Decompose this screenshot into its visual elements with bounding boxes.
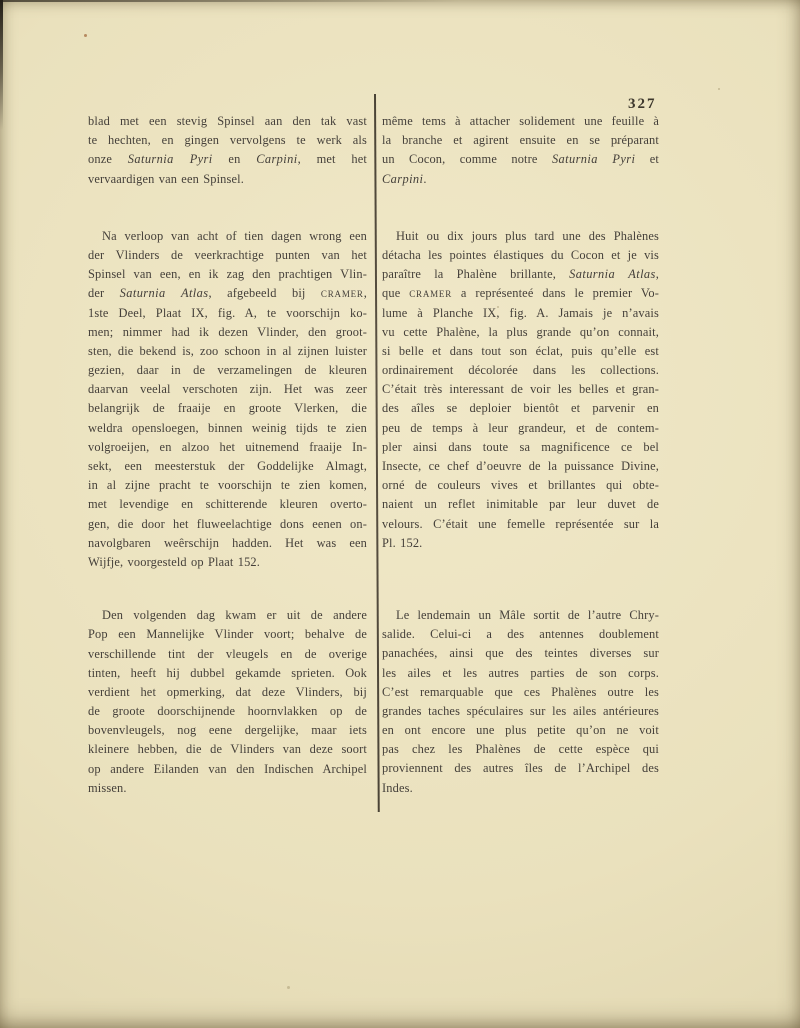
text-line: Insecte, ce chef d’oeuvre de la puissanc… (382, 457, 659, 476)
paragraph: Na verloop van acht of tien dagen wrong … (88, 227, 367, 572)
paragraph: blad met een stevig Spinsel aan den tak … (88, 112, 367, 189)
paragraph: Le lendemain un Mâle sortit de l’autre C… (382, 606, 659, 798)
text-line: Na verloop van acht of tien dagen wrong … (88, 227, 367, 246)
text-line: sekt, een meesterstuk der Goddelijke Alm… (88, 457, 367, 476)
author-small-caps: cramer (409, 286, 452, 300)
text-line: C’est remarquable que ces Phalènes outre… (382, 683, 659, 702)
text-line: te hechten, en gingen vervolgens te werk… (88, 131, 367, 150)
text-line: que cramer a représenteé dans le premier… (382, 284, 659, 303)
paragraph: Huit ou dix jours plus tard une des Phal… (382, 227, 659, 553)
page-number: 327 (628, 96, 657, 113)
text-line: Carpini. (382, 170, 659, 189)
species-name: Saturnia Atlas (569, 267, 656, 281)
text-line: peu de temps à leur grandeur, et de cont… (382, 419, 659, 438)
text-line: C’était très interessant de voir les bel… (382, 380, 659, 399)
paper-speck (718, 88, 720, 90)
species-name: Carpini (382, 172, 423, 186)
text-line: des aîles se deploier bientôt et parveni… (382, 399, 659, 418)
paper-speck (84, 34, 87, 37)
text-line: Pop een Mannelijke Vlinder voort; behalv… (88, 625, 367, 644)
text-line: vervaardigen van een Spinsel. (88, 170, 367, 189)
text-line: pas chez les Phalènes de cette espèce qu… (382, 740, 659, 759)
text-line: navolgbaren weêrschijn hadden. Het was e… (88, 534, 367, 553)
text-line: volgroeijen, en alzoo het uitnemend fraa… (88, 438, 367, 457)
text-line: un Cocon, comme notre Saturnia Pyri et (382, 150, 659, 169)
text-line: la branche et agirent ensuite en se prép… (382, 131, 659, 150)
text-line: belangrijk de fraaije en groote Vlerken,… (88, 399, 367, 418)
text-line: si belle et dans tout son éclat, puis qu… (382, 342, 659, 361)
text-line: missen. (88, 779, 367, 798)
text-line: paraître la Phalène brillante, Saturnia … (382, 265, 659, 284)
text-line: Indes. (382, 779, 659, 798)
text-line: pler ainsi dans toute sa magnificence ce… (382, 438, 659, 457)
text-line: gezien, daar in de verzamelingen de kleu… (88, 361, 367, 380)
text-line: Wijfje, voorgesteld op Plaat 152. (88, 553, 367, 572)
species-name: Carpini (256, 152, 297, 166)
text-line: vu cette Phalène, la plus grande qu’on c… (382, 323, 659, 342)
text-line: Le lendemain un Mâle sortit de l’autre C… (382, 606, 659, 625)
scan-edge-shadow (0, 0, 3, 130)
species-name: Saturnia Atlas (120, 286, 209, 300)
text-line: men; nimmer had ik dezen Vlinder, den gr… (88, 323, 367, 342)
text-line: détacha les pointes élastiques du Cocon … (382, 246, 659, 265)
text-line: en ont encore une plus petite qu’on ne v… (382, 721, 659, 740)
text-line: op andere Eilanden van den Indischen Arc… (88, 760, 367, 779)
text-line: proviennent des autres îles de l’Archipe… (382, 759, 659, 778)
text-line: onze Saturnia Pyri en Carpini, met het (88, 150, 367, 169)
text-line: Huit ou dix jours plus tard une des Phal… (382, 227, 659, 246)
author-small-caps: cramer (321, 286, 364, 300)
text-line: panachées, ainsi que des teintes diverse… (382, 644, 659, 663)
right-column-french-text: même tems à attacher solidement une feui… (382, 112, 659, 798)
text-line: grandes taches spéculaires sur les ailes… (382, 702, 659, 721)
left-column-dutch-text: blad met een stevig Spinsel aan den tak … (88, 112, 367, 798)
paper-speck (287, 986, 290, 989)
text-line: Den volgenden dag kwam er uit de andere (88, 606, 367, 625)
paragraph: même tems à attacher solidement une feui… (382, 112, 659, 189)
text-line: verdient het opmerking, dat deze Vlinder… (88, 683, 367, 702)
text-line: velours. C’était une femelle représentée… (382, 515, 659, 534)
paragraph: Den volgenden dag kwam er uit de andereP… (88, 606, 367, 798)
text-line: de groote doorschijnende hoornvlakken op… (88, 702, 367, 721)
text-line: ordinairement décolorée dans les collect… (382, 361, 659, 380)
book-page: 327 blad met een stevig Spinsel aan den … (0, 0, 800, 1028)
text-line: gen, die door het fluweelachtige dons ee… (88, 515, 367, 534)
text-line: lume à Planche IX, fig. A. Jamais je n’a… (382, 304, 659, 323)
species-name: Saturnia Pyri (552, 152, 635, 166)
text-line: orné de couleurs vives et brillantes qui… (382, 476, 659, 495)
text-line: naient un reflet inimitable par leur duv… (382, 495, 659, 514)
text-line: der Saturnia Atlas, afgebeeld bij cramer… (88, 284, 367, 303)
text-line: daarvan veelal verschoten zijn. Het was … (88, 380, 367, 399)
species-name: Saturnia Pyri (128, 152, 213, 166)
column-divider-rule (374, 94, 380, 812)
text-line: 1ste Deel, Plaat IX, fig. A, te voorschi… (88, 304, 367, 323)
text-line: verschillende tint der vleugels en de ov… (88, 645, 367, 664)
text-line: der Vlinders de veerkrachtige punten van… (88, 246, 367, 265)
scan-top-shadow (0, 0, 460, 2)
text-line: salide. Celui-ci a des antennes doubleme… (382, 625, 659, 644)
text-line: même tems à attacher solidement une feui… (382, 112, 659, 131)
text-line: Pl. 152. (382, 534, 659, 553)
text-line: in al zijne pracht te voorschijn te zien… (88, 476, 367, 495)
text-line: sten, die bekend is, zoo schoon in al zi… (88, 342, 367, 361)
text-line: blad met een stevig Spinsel aan den tak … (88, 112, 367, 131)
text-line: tinten, heeft hij dubbel gekamde spriete… (88, 664, 367, 683)
text-line: Spinsel van een, en ik zag den prachtige… (88, 265, 367, 284)
text-line: bovenvleugels, nog eene dergelijke, maar… (88, 721, 367, 740)
text-line: kleinere hebben, die de Vlinders van dez… (88, 740, 367, 759)
text-line: met levendige en schitterende kleuren ov… (88, 495, 367, 514)
text-line: weldra opensloegen, binnen weinig tijds … (88, 419, 367, 438)
text-line: les ailes et les autres parties de son c… (382, 664, 659, 683)
